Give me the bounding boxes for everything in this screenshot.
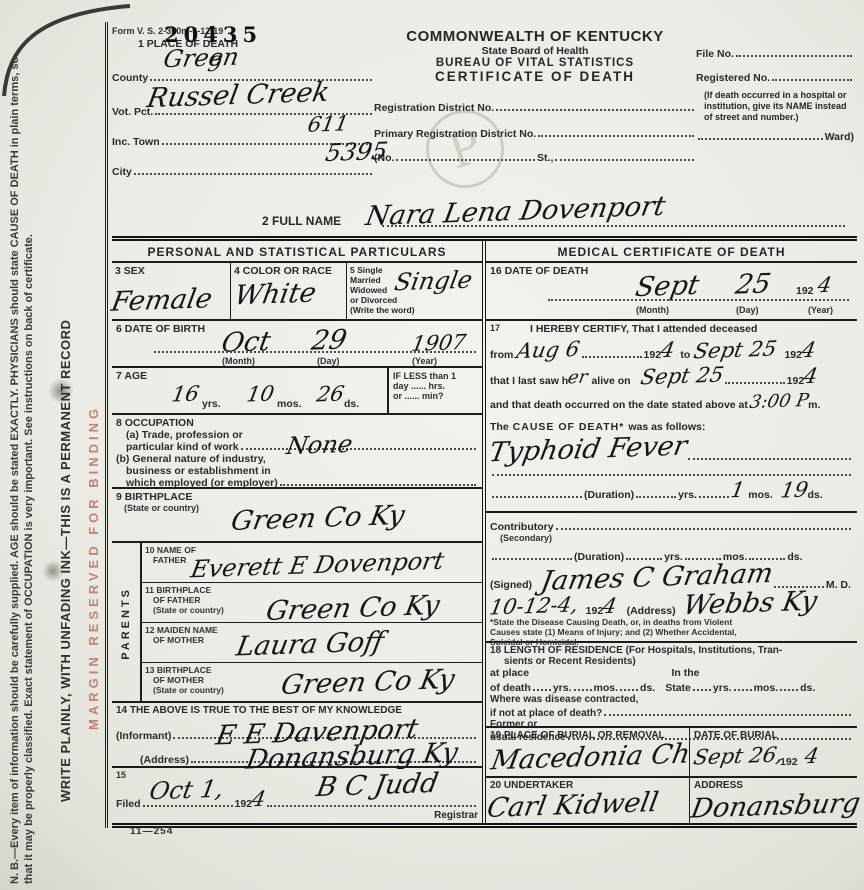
bureau-subtitle: BUREAU OF VITAL STATISTICS: [374, 57, 696, 69]
age-row: 7 AGE 16 yrs. 10 mos. 26 ds. IF LESS tha…: [112, 368, 482, 415]
margin-binding-stamp: MARGIN RESERVED FOR BINDING: [86, 50, 101, 730]
margin-write-plainly-note: WRITE PLAINLY, WITH UNFADING INK—THIS IS…: [58, 142, 73, 802]
signed-date-value: 10-12-4,: [488, 594, 580, 618]
signed-label: (Signed): [490, 579, 532, 591]
cause-duration-label: (Duration): [584, 489, 634, 501]
registered-no-field: Registered No. 9: [696, 60, 854, 84]
birthplace-row: 9 BIRTHPLACE (State or country) Green Co…: [112, 489, 482, 543]
full-name-field: 2 FULL NAME Nara Lena Dovenport: [112, 200, 857, 236]
mother-name-row: 12 MAIDEN NAME OF MOTHER Laura Goff: [142, 623, 482, 663]
marital-cell: 5 Single Married Widowed or Divorced (Wr…: [346, 263, 482, 319]
certify-cause-row: 17 I HEREBY CERTIFY, That I attended dec…: [486, 321, 857, 513]
certify-to-value: Sept 25: [692, 339, 778, 363]
certify-saw-label2: alive on: [591, 375, 630, 387]
form-code: 11—254: [130, 826, 173, 837]
registered-no-label: Registered No.: [696, 72, 770, 84]
registrar-signature: B C Judd: [314, 770, 440, 801]
mother-bp-value: Green Co Ky: [279, 666, 457, 699]
date-of-birth-row: 6 DATE OF BIRTH Oct 29 1907 (Month) (Day…: [112, 321, 482, 368]
age-days-value: 26: [315, 384, 346, 406]
race-label: 4 COLOR OR RACE: [234, 265, 343, 277]
street-st-label: St.,: [537, 152, 553, 164]
dob-day-label: (Day): [317, 356, 340, 366]
contributory-duration-label: (Duration): [574, 551, 624, 563]
violent-causes-note2: Causes state (1) Means of Injury; and (2…: [490, 627, 853, 637]
parents-section: PARENTS 10 NAME OF FATHER Everett E Dove…: [112, 543, 482, 703]
dod-month-label: (Month): [636, 305, 669, 315]
hospital-note: (If death occurred in a hospital or inst…: [696, 90, 854, 123]
undertaker-value: Carl Kidwell: [485, 789, 660, 822]
burial-date-value: Sept 26,: [692, 744, 785, 768]
contributory-sub: (Secondary): [490, 533, 853, 543]
board-subtitle: State Board of Health: [374, 45, 696, 57]
father-bp-value: Green Co Ky: [264, 592, 442, 625]
residence-state: State: [665, 682, 691, 694]
violent-causes-note1: *State the Disease Causing Death, or, in…: [490, 617, 853, 627]
father-name-value: Everett E Dovenport: [189, 549, 446, 582]
if-less-than-day-box: IF LESS than 1 day ...... hrs. or ......…: [387, 368, 482, 413]
medical-certificate-column: MEDICAL CERTIFICATE OF DEATH 16 DATE OF …: [486, 241, 857, 823]
residence-ds2: ds.: [800, 682, 815, 694]
burial-year-print: 192: [780, 756, 798, 768]
certify-line1: I HEREBY CERTIFY, That I attended deceas…: [530, 323, 757, 335]
county-label: County: [112, 72, 148, 84]
certify-from-year-hw: 4: [659, 340, 676, 361]
burial-year-hw: 4: [803, 746, 820, 767]
dod-month-value: Sept: [633, 272, 701, 301]
residence-ds1: ds.: [640, 682, 655, 694]
certify-saw-hw: er: [567, 369, 590, 388]
scanned-death-certificate: N. B.—Every item of information should b…: [0, 0, 864, 890]
age-years-label: yrs.: [202, 398, 221, 410]
dod-day-value: 25: [733, 270, 772, 298]
mother-birthplace-row: 13 BIRTHPLACE OF MOTHER (State or countr…: [142, 663, 482, 703]
residence-at-place: at place: [490, 667, 672, 679]
precinct-value: Russel Creek: [145, 79, 332, 112]
physician-address-value: Webbs Ky: [681, 588, 819, 620]
ward-field: Ward): [696, 123, 854, 143]
contributory-ds: ds.: [787, 551, 802, 563]
certify-from-label: from: [490, 349, 513, 361]
dob-month-label: (Month): [222, 356, 255, 366]
file-no-value: 20435: [164, 22, 262, 47]
occupation-a2: particular kind of work: [126, 441, 239, 453]
bureau-header-block: COMMONWEALTH OF KENTUCKY State Board of …: [374, 22, 696, 200]
cause-of-death-value: Typhoid Fever: [487, 433, 689, 467]
personal-particulars-column: PERSONAL AND STATISTICAL PARTICULARS 3 S…: [112, 241, 486, 823]
personal-column-title: PERSONAL AND STATISTICAL PARTICULARS: [112, 241, 482, 263]
certify-saw-label: that I last saw h: [490, 375, 568, 387]
medical-column-title: MEDICAL CERTIFICATE OF DEATH: [486, 241, 857, 263]
father-birthplace-row: 11 BIRTHPLACE OF FATHER (State or countr…: [142, 583, 482, 623]
cause-mos-value: 1: [729, 480, 746, 501]
filed-row: 15 Filed Oct 1, 192 4 B C Judd Registrar: [112, 768, 482, 823]
residence-label1: 18 LENGTH OF RESIDENCE (For Hospitals, I…: [490, 645, 853, 656]
margin-nb-note: N. B.—Every item of information should b…: [8, 38, 36, 884]
informant-statement: 14 THE ABOVE IS TRUE TO THE BEST OF MY K…: [116, 705, 478, 716]
certify-saw-year-hw: 4: [802, 366, 819, 387]
occupation-b2: business or establishment in: [116, 465, 478, 477]
residence-yrs1: yrs.: [553, 682, 572, 694]
residence-mos2: mos.: [754, 682, 779, 694]
residence-in-the: In the: [672, 667, 700, 679]
certify-occurred-label: and that death occurred on the date stat…: [490, 399, 748, 411]
filed-date-value: Oct 1,: [148, 777, 226, 804]
certify-from-value: Aug 6: [515, 339, 581, 362]
parents-rows: 10 NAME OF FATHER Everett E Dovenport 11…: [142, 543, 482, 703]
residence-row: 18 LENGTH OF RESIDENCE (For Hospitals, I…: [486, 643, 857, 728]
residence-if-not: if not at place of death?: [490, 708, 602, 719]
residence-label2: sients or Recent Residents): [490, 656, 853, 667]
sex-label: 3 SEX: [115, 265, 227, 277]
ward-label: Ward): [825, 131, 854, 143]
cause-label2: CAUSE OF DEATH*: [513, 421, 625, 433]
county-value: Green: [162, 45, 241, 72]
certificate-columns: PERSONAL AND STATISTICAL PARTICULARS 3 S…: [112, 236, 857, 828]
cause-ds-value: 19: [779, 480, 810, 502]
signed-year-hw: 4: [601, 596, 618, 617]
age-label: 7 AGE: [116, 370, 147, 382]
full-name-label: 2 FULL NAME: [262, 214, 341, 228]
undertaker-address-value: Donansburg Ky: [689, 788, 864, 822]
dod-day-label: (Day): [736, 305, 759, 315]
dob-year-label: (Year): [412, 356, 437, 366]
certify-to-year-hw: 4: [800, 340, 817, 361]
primary-registration-value: 5395: [324, 139, 390, 165]
occupation-value: None: [285, 432, 355, 458]
cause-label1: The: [490, 421, 509, 433]
registration-district-field: Registration District No. 611: [374, 88, 696, 114]
undertaker-row: 20 UNDERTAKER Carl Kidwell ADDRESS Donan…: [486, 778, 857, 823]
informant-row: 14 THE ABOVE IS TRUE TO THE BEST OF MY K…: [112, 703, 482, 768]
age-months-label: mos.: [277, 398, 302, 410]
street-field: (No. St.,: [374, 140, 696, 164]
occupation-label: 8 OCCUPATION: [116, 417, 478, 429]
cause-yrs-label: yrs.: [678, 489, 697, 501]
dod-year-hw: 4: [816, 275, 833, 296]
certify-occurred-suffix: m.: [808, 399, 820, 411]
age-years-value: 16: [170, 384, 201, 406]
sex-race-marital-row: 3 SEX Female 4 COLOR OR RACE White 5 Sin…: [112, 263, 482, 321]
primary-registration-field: Primary Registration District No. 5395: [374, 114, 696, 140]
file-no-label: File No.: [696, 48, 734, 60]
residence-mos1: mos.: [594, 682, 619, 694]
md-label: M. D.: [826, 579, 851, 591]
contributory-label: Contributory: [490, 521, 554, 533]
less-line2: day ...... hrs.: [393, 381, 478, 391]
sex-value: Female: [109, 285, 214, 315]
cause-ds-label: ds.: [807, 489, 822, 501]
age-months-value: 10: [245, 384, 276, 406]
sex-cell: 3 SEX Female: [112, 263, 230, 319]
less-line1: IF LESS than 1: [393, 371, 478, 381]
file-number-block: File No. 20435 Registered No. 9 (If deat…: [696, 22, 856, 200]
physician-address-label: (Address): [627, 605, 676, 617]
birthplace-value: Green Co Ky: [229, 502, 407, 535]
marital-option-divorced: or Divorced: [350, 295, 479, 305]
certify-num: 17: [490, 323, 500, 335]
date-of-death-row: 16 DATE OF DEATH Sept 25 192 4 (Month) (…: [486, 263, 857, 321]
certificate-title: CERTIFICATE OF DEATH: [374, 69, 696, 84]
dod-year-print: 192: [796, 285, 814, 297]
occupation-row: 8 OCCUPATION (a) Trade, profession or pa…: [112, 415, 482, 489]
certify-occurred-value: 3:00 P: [748, 392, 810, 412]
residence-of-death: of death: [490, 682, 531, 694]
parents-vertical-label: PARENTS: [112, 543, 142, 703]
birthplace-label: 9 BIRTHPLACE: [116, 491, 478, 503]
dod-year-label: (Year): [808, 305, 833, 315]
cause-mos-label: mos.: [748, 489, 773, 501]
informant-address-label: (Address): [140, 754, 189, 766]
filed-year-hw: 4: [250, 789, 267, 810]
marital-value: Single: [393, 268, 475, 295]
mother-name-value: Laura Goff: [234, 628, 386, 660]
inc-town-label: Inc. Town: [112, 136, 160, 148]
commonwealth-title: COMMONWEALTH OF KENTUCKY: [374, 28, 696, 45]
filed-label: Filed: [116, 798, 141, 810]
age-days-label: ds.: [344, 398, 359, 410]
burial-row: 19 PLACE OF BURIAL OR REMOVAL Macedonia …: [486, 728, 857, 778]
marital-write-word: (Write the word): [350, 305, 479, 315]
father-name-row: 10 NAME OF FATHER Everett E Dovenport: [142, 543, 482, 583]
certify-saw-value: Sept 25: [638, 365, 724, 389]
race-value: White: [232, 280, 318, 310]
less-line3: or ...... min?: [393, 391, 478, 401]
contributory-row: Contributory (Secondary) (Duration) yrs.…: [486, 513, 857, 643]
registrar-label: Registrar: [434, 810, 478, 821]
registration-district-value: 611: [306, 113, 350, 135]
informant-label: (Informant): [116, 730, 171, 742]
race-cell: 4 COLOR OR RACE White: [230, 263, 346, 319]
certificate-body: P Form V. S. 2-300m-6-12-19 1 PLACE OF D…: [105, 22, 857, 828]
city-label: City: [112, 166, 132, 178]
occupation-b3: which employed (or employer): [126, 477, 278, 489]
burial-place-value: Macedonia Ch: [489, 741, 692, 775]
burial-date-label: DATE OF BURIAL: [694, 730, 853, 741]
residence-yrs2: yrs.: [713, 682, 732, 694]
residence-contracted: Where was disease contracted,: [490, 694, 853, 705]
file-no-field: File No. 20435: [696, 32, 854, 60]
certify-to-label: to: [680, 349, 690, 361]
